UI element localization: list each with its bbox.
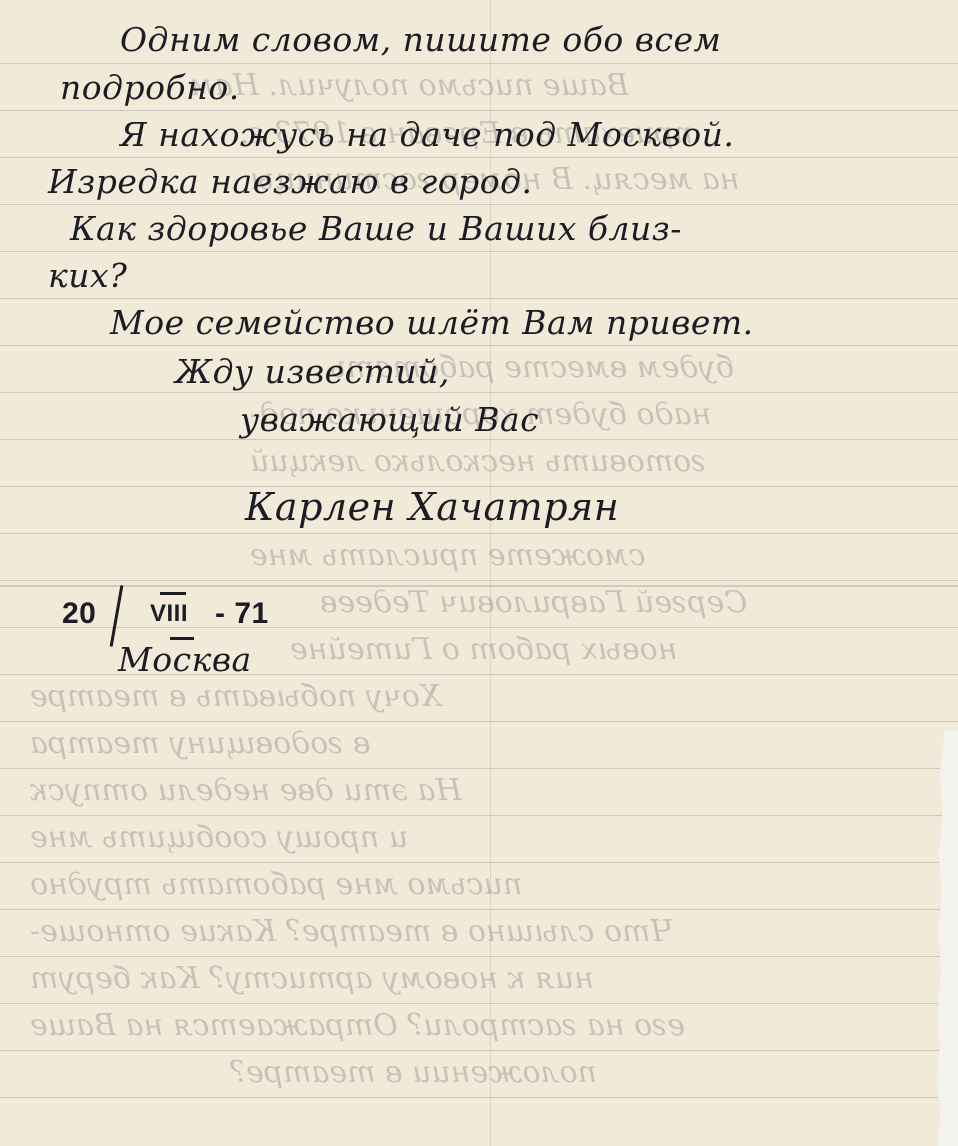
letter-line: Мое семейство шлёт Вам привет. [110, 303, 754, 342]
ruled-line [0, 862, 958, 863]
bleed-through-line: сможете прислать мне [250, 538, 646, 573]
letter-page: Ваше письмо получил. Нам приехать в Ерев… [0, 0, 958, 1146]
bleed-through-line: Ваше письмо получил. Нам [190, 68, 629, 103]
torn-paper-edge [936, 730, 958, 1146]
ruled-line [0, 815, 958, 816]
bleed-through-line: положении в театре? [230, 1055, 597, 1090]
ruled-line [0, 1050, 958, 1051]
ruled-line [0, 721, 958, 722]
ruled-line [0, 909, 958, 910]
bleed-through-line: его на гастроли? Отражается на Ваше [30, 1008, 685, 1043]
bleed-through-line: Сергей Гаврилович Тедеев [320, 585, 747, 620]
ruled-line [0, 627, 958, 628]
date-month: VIII [150, 600, 188, 628]
bleed-through-line: На эти две недели отпуск [30, 773, 462, 808]
letter-line: ких? [48, 256, 127, 295]
ruled-line [0, 63, 958, 64]
month-overline [160, 592, 186, 595]
ruled-line [0, 580, 958, 581]
bleed-through-line: готовить несколько лекций [250, 444, 706, 479]
date-day: 20 [62, 597, 96, 631]
letter-line: Изредка наезжаю в город. [48, 162, 533, 201]
ruled-line [0, 251, 958, 252]
ruled-line [0, 1097, 958, 1098]
bleed-through-line: Что слышно в театре? Какие отноше- [30, 914, 674, 949]
letter-line: подробно. [60, 68, 240, 107]
date-slash [110, 585, 124, 647]
letter-line: Одним словом, пишите обо всем [120, 20, 721, 59]
bleed-through-line: в годовщину театра [30, 726, 370, 761]
signature: Карлен Хачатрян [245, 485, 619, 529]
bleed-through-line: письмо мне работать трудно [30, 867, 522, 902]
bleed-through-line: новых работ о Гитейне [290, 632, 677, 667]
letter-line: Как здоровье Ваше и Ваших близ- [70, 209, 682, 248]
ruled-line [0, 298, 958, 299]
letter-line: уважающий Вас [240, 400, 539, 439]
ruled-line [0, 1003, 958, 1004]
ruled-line [0, 392, 958, 393]
ruled-line [0, 345, 958, 346]
place: Москва [118, 640, 252, 679]
ruled-line [0, 533, 958, 534]
ruled-line [0, 439, 958, 440]
bleed-through-line: ния к новому артисту? Как берут [30, 961, 594, 996]
letter-line: Я нахожусь на даче под Москвой. [120, 115, 734, 154]
ruled-line [0, 204, 958, 205]
ruled-line [0, 768, 958, 769]
ruled-line [0, 157, 958, 158]
bleed-through-line: Хочу побывать в театре [30, 679, 441, 714]
ruled-line [0, 956, 958, 957]
ruled-line [0, 110, 958, 111]
bleed-through-line: и прошу сообщить мне [30, 820, 408, 855]
date-year: - 71 [215, 597, 269, 631]
letter-line: Жду известий, [175, 352, 450, 391]
